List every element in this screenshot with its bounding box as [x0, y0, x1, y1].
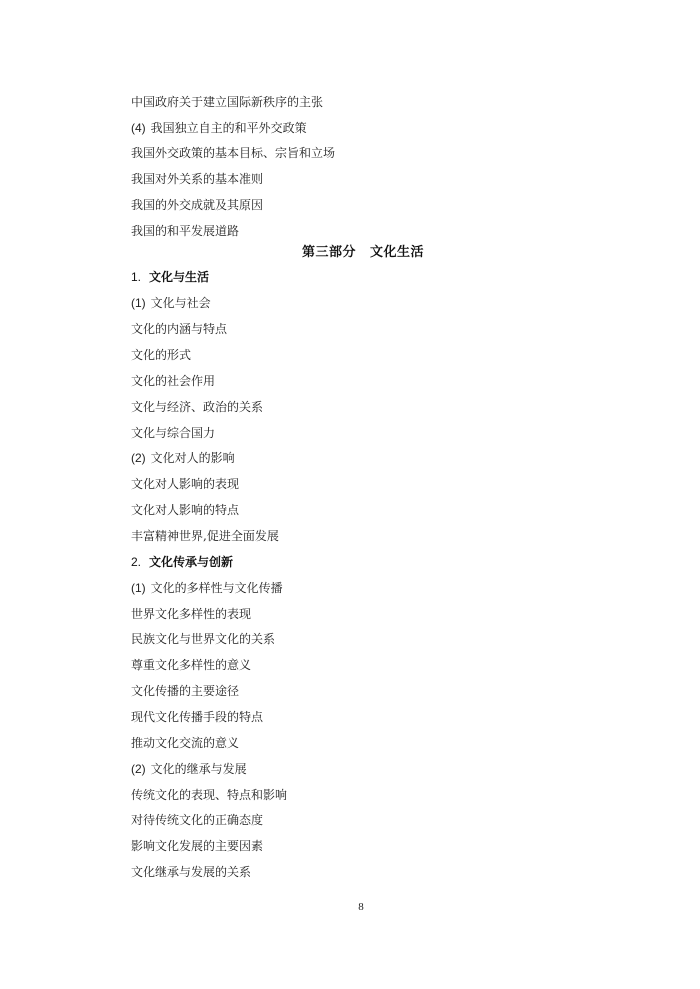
outline-line: 丰富精神世界,促进全面发展	[131, 529, 279, 543]
outline-line: 文化对人影响的表现	[131, 477, 239, 491]
subheading-number: (1)	[131, 581, 146, 595]
section-text: 文化与生活	[149, 270, 209, 284]
outline-line: 影响文化发展的主要因素	[131, 839, 263, 853]
outline-line: 文化与综合国力	[131, 426, 215, 440]
outline-line: 世界文化多样性的表现	[131, 607, 251, 621]
outline-line: 我国的和平发展道路	[131, 224, 239, 238]
subheading-number: (2)	[131, 762, 146, 776]
part-label: 第三部分	[302, 244, 356, 259]
outline-line: 中国政府关于建立国际新秩序的主张	[131, 95, 323, 109]
subheading-text: 文化的多样性与文化传播	[151, 581, 283, 595]
outline-section-heading: 2.文化传承与创新	[131, 555, 233, 569]
subheading-number: (4)	[131, 121, 146, 135]
outline-line: 我国外交政策的基本目标、宗旨和立场	[131, 146, 335, 160]
part-title: 第三部分文化生活	[302, 244, 424, 260]
outline-subheading: (2)文化的继承与发展	[131, 762, 247, 776]
outline-line: 我国的外交成就及其原因	[131, 198, 263, 212]
outline-line: 尊重文化多样性的意义	[131, 658, 251, 672]
subheading-text: 文化的继承与发展	[151, 762, 247, 776]
outline-line: 推动文化交流的意义	[131, 736, 239, 750]
page-number: 8	[0, 901, 700, 913]
outline-line: 我国对外关系的基本准则	[131, 172, 263, 186]
subheading-text: 文化与社会	[151, 296, 211, 310]
outline-subheading: (1)文化的多样性与文化传播	[131, 581, 283, 595]
section-number: 2.	[131, 555, 141, 569]
section-number: 1.	[131, 270, 141, 284]
outline-subheading: (2)文化对人的影响	[131, 451, 235, 465]
subheading-text: 文化对人的影响	[151, 451, 235, 465]
outline-subheading: (4)我国独立自主的和平外交政策	[131, 121, 307, 135]
outline-line: 传统文化的表现、特点和影响	[131, 788, 287, 802]
outline-line: 对待传统文化的正确态度	[131, 813, 263, 827]
outline-line: 民族文化与世界文化的关系	[131, 632, 275, 646]
outline-subheading: (1)文化与社会	[131, 296, 211, 310]
subheading-number: (1)	[131, 296, 146, 310]
outline-line: 现代文化传播手段的特点	[131, 710, 263, 724]
outline-line: 文化继承与发展的关系	[131, 865, 251, 879]
outline-line: 文化的形式	[131, 348, 191, 362]
subheading-text: 我国独立自主的和平外交政策	[151, 121, 307, 135]
outline-line: 文化对人影响的特点	[131, 503, 239, 517]
outline-line: 文化的社会作用	[131, 374, 215, 388]
part-name: 文化生活	[370, 244, 424, 259]
outline-line: 文化传播的主要途径	[131, 684, 239, 698]
section-text: 文化传承与创新	[149, 555, 233, 569]
outline-line: 文化与经济、政治的关系	[131, 400, 263, 414]
subheading-number: (2)	[131, 451, 146, 465]
outline-line: 文化的内涵与特点	[131, 322, 227, 336]
document-page: 中国政府关于建立国际新秩序的主张 (4)我国独立自主的和平外交政策 我国外交政策…	[0, 0, 700, 989]
outline-section-heading: 1.文化与生活	[131, 270, 209, 284]
